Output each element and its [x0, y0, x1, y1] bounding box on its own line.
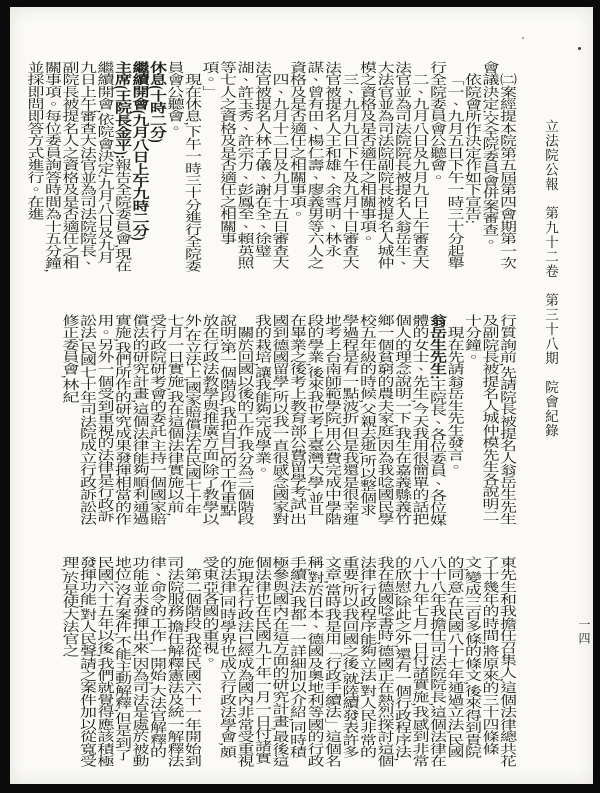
speaker-name: 翁岳生先生:: [427, 314, 446, 379]
paragraph: 休息(十時二分): [148, 61, 166, 274]
text-band-3: 東先生和我擔任召集人,這個法律總共花了十幾年的時間,將原來的三十四條條文,變成三…: [33, 556, 515, 769]
paragraph: 現在先請翁岳生先生發言。: [445, 314, 463, 527]
page-frame: 立法院公報 第九十二卷 第三十八期 院會紀錄 ㈡案經提本院第五屆第四會期第一次會…: [10, 7, 593, 784]
paragraph: 東先生和我擔任召集人,這個法律總共花了十幾年的時間,將原來的三十四條條文,變成三…: [200, 556, 515, 769]
paragraph: 依院會所作決定作如下宣告:: [463, 61, 481, 274]
scanned-gazette-page: { "document": { "header": "立法院公報 第九十二卷 第…: [0, 0, 600, 793]
paragraph: 行質詢前,先請院長被提名人翁岳生先生及副院長被提名人城仲模先生各說明二十分鐘。: [463, 314, 516, 527]
paragraph: 繼續開會(九月八日上午九時二分): [130, 61, 148, 274]
paragraph: 二、九月八日及九月九日上午審查大法官並為司法院院長被提名人翁岳生、大法官並為司法…: [358, 61, 428, 274]
scan-speck: [522, 37, 524, 39]
text-band-2: 行質詢前,先請院長被提名人翁岳生先生及副院長被提名人城仲模先生各說明二十分鐘。現…: [33, 314, 515, 527]
paragraph: 主席(王院長金平):報告全院委員會,現在繼續開會,依院會決定:九月八日及九月九日…: [25, 61, 130, 274]
paragraph: 關於回國以後的工作,我分為三個階段說明:第一個階段,我把自己的工作重點放在行政法…: [60, 314, 253, 527]
paragraph: 四、九月十二日及九月十五日審查大法官被提名人林子儀、謝在全、徐璧湖、許玉秀、許宗…: [200, 61, 288, 274]
paragraph: ㈡案經提本院第五屆第四會期第一次會議決定:交全院委員會併案審查。: [480, 61, 515, 274]
paragraph: 現在休息,下午一時三十分進行全院委員會公聽會。: [165, 61, 200, 274]
paragraph: 三、九月九日下午及九月十日審查大法官被提名人王和雄、余雪明、林永謀、曾有田、楊仁…: [288, 61, 358, 274]
paragraph: 翁岳生先生:王院長、各位委員、各位媒體的女士、先生,今天我用很簡單的話把個人的理…: [253, 314, 446, 527]
gazette-header: 立法院公報 第九十二卷 第三十八期 院會紀錄: [540, 119, 560, 429]
text-band-1: ㈡案經提本院第五屆第四會期第一次會議決定:交全院委員會併案審查。依院會所作決定作…: [33, 61, 515, 274]
page-number: 一四: [576, 618, 593, 646]
speaker-name: 主席(王院長金平):: [112, 61, 131, 159]
paragraph: 「一、九月五日下午一時三十分起舉行全院委員會公聽會。: [428, 61, 463, 274]
paragraph: 第二個階段,我從民國六十一年開始到司法院服務,擔任解釋憲法及統一解釋法律、命令的…: [60, 556, 200, 769]
scan-speck: [578, 47, 581, 50]
